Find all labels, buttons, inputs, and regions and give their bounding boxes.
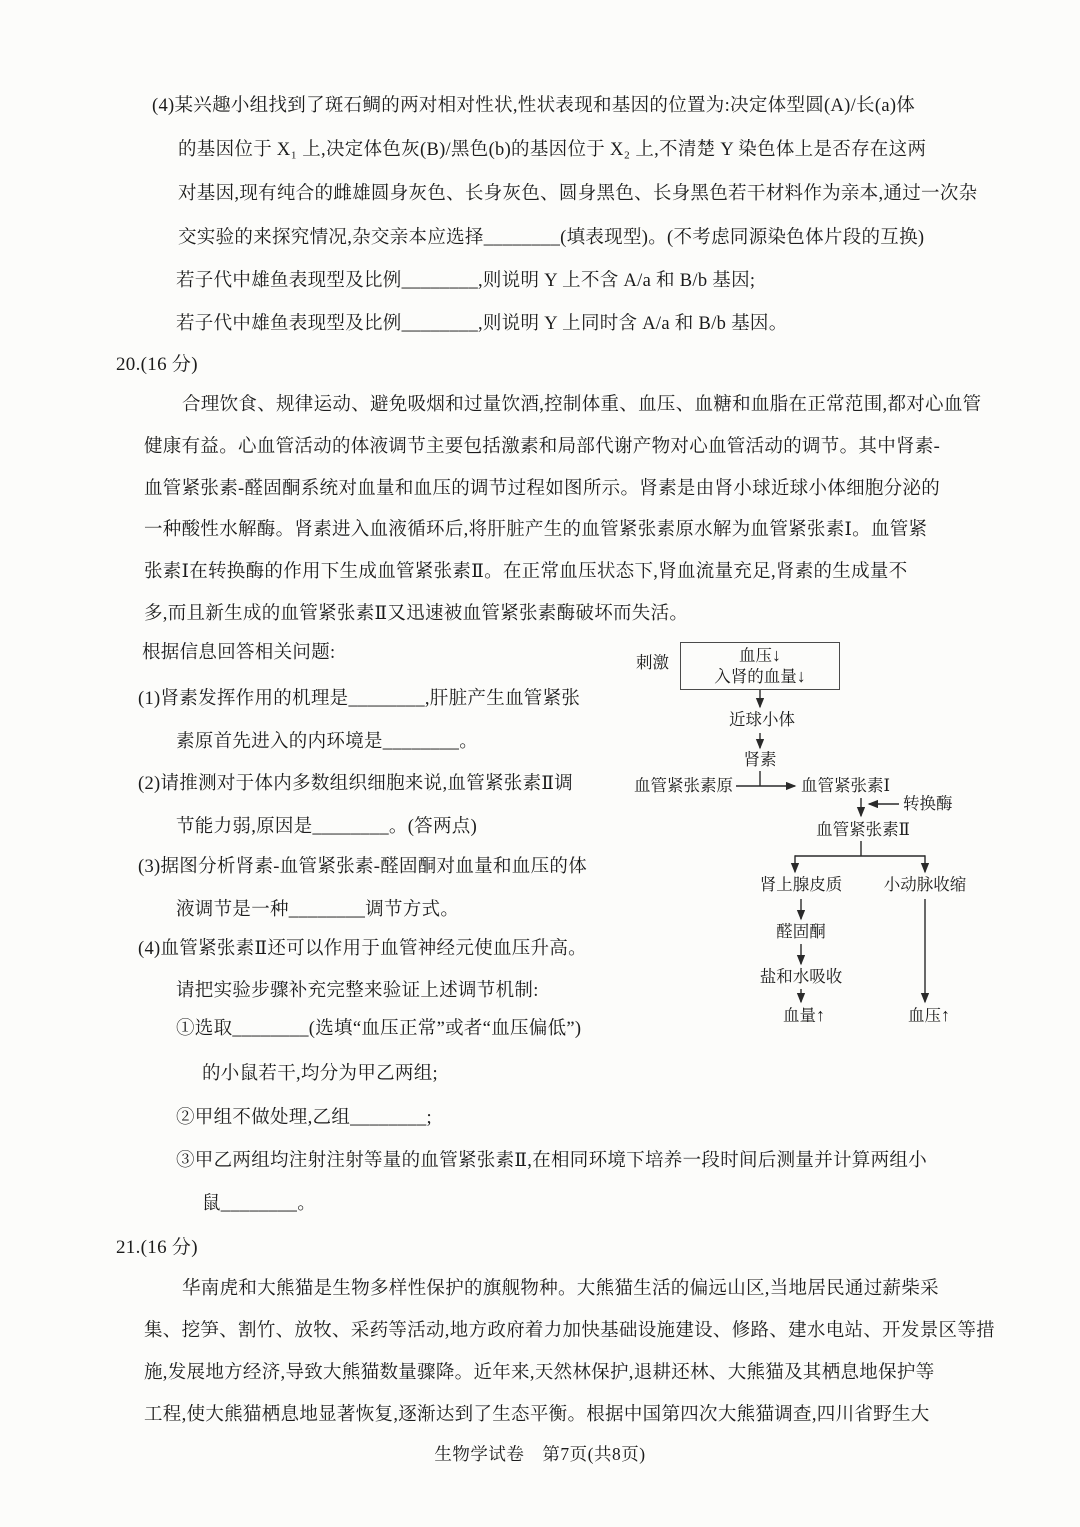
- q21-line: 施,发展地方经济,导致大熊猫数量骤降。近年来,天然林保护,退耕还林、大熊猫及其栖…: [144, 1362, 935, 1385]
- q20-sub2-line: (2)请推测对于体内多数组织细胞来说,血管紧张素Ⅱ调: [138, 773, 573, 796]
- q21-line: 华南虎和大熊猫是生物多样性保护的旗舰物种。大熊猫生活的偏远山区,当地居民通过薪柴…: [182, 1278, 939, 1301]
- diagram-node-salt-water-absorption: 盐和水吸收: [760, 968, 843, 987]
- diagram-node-converting-enzyme: 转换酶: [903, 795, 953, 814]
- diagram-node-angiotensinogen: 血管紧张素原: [634, 777, 733, 796]
- diagram-box-trigger: 血压↓ 入肾的血量↓: [680, 642, 840, 690]
- q19-line: 对基因,现有纯合的雌雄圆身灰色、长身灰色、圆身黑色、长身黑色若干材料作为亲本,通…: [178, 183, 977, 206]
- q20-sub3-line: 液调节是一种________调节方式。: [176, 899, 459, 922]
- q19-line: (4)某兴趣小组找到了斑石鲷的两对相对性状,性状表现和基因的位置为:决定体型圆(…: [152, 95, 915, 118]
- diagram-node-blood-volume-up: 血量↑: [783, 1005, 825, 1026]
- diagram-node-angiotensin-2: 血管紧张素Ⅱ: [816, 821, 910, 840]
- diagram-node-adrenal-cortex: 肾上腺皮质: [760, 876, 843, 895]
- diagram-node-blood-pressure-up: 血压↑: [908, 1005, 950, 1026]
- q19-line-blank: 若子代中雄鱼表现型及比例________,则说明 Y 上同时含 A/a 和 B/…: [176, 313, 788, 336]
- q20-sub4-line: 请把实验步骤补充完整来验证上述调节机制:: [176, 980, 539, 1003]
- diagram-box-line1: 血压↓: [681, 645, 839, 666]
- question-20-number: 20.(16 分): [116, 353, 198, 377]
- diagram-node-renin: 肾素: [744, 751, 777, 770]
- question-21-number: 21.(16 分): [116, 1236, 198, 1260]
- q20-step1-line: 的小鼠若干,均分为甲乙两组;: [202, 1063, 438, 1086]
- q21-line: 集、挖笋、割竹、放牧、采药等活动,地方政府着力加快基础设施建设、修路、建水电站、…: [144, 1320, 995, 1343]
- q20-intro-line: 一种酸性水解酶。肾素进入血液循环后,将肝脏产生的血管紧张素原水解为血管紧张素Ⅰ。…: [144, 519, 927, 542]
- q20-step3-line: 鼠________。: [202, 1193, 316, 1216]
- q20-step3-line: ③甲乙两组均注射注射等量的血管紧张素Ⅱ,在相同环境下培养一段时间后测量并计算两组…: [176, 1150, 927, 1173]
- q20-intro-line: 多,而且新生成的血管紧张素Ⅱ又迅速被血管紧张素酶破坏而失活。: [144, 603, 688, 626]
- q20-intro-line: 血管紧张素-醛固酮系统对血量和血压的调节过程如图所示。肾素是由肾小球近球小体细胞…: [144, 478, 940, 501]
- down-arrow-icon: ↓: [797, 666, 806, 686]
- q20-sub3-line: (3)据图分析肾素-血管紧张素-醛固酮对血量和血压的体: [138, 856, 587, 879]
- q20-step2-line: ②甲组不做处理,乙组________;: [176, 1107, 432, 1130]
- diagram-node-angiotensin-1: 血管紧张素Ⅰ: [801, 777, 890, 796]
- q19-line-blank: 若子代中雄鱼表现型及比例________,则说明 Y 上不含 A/a 和 B/b…: [176, 270, 755, 293]
- down-arrow-icon: ↓: [772, 645, 781, 665]
- q21-line: 工程,使大熊猫栖息地显著恢复,逐渐达到了生态平衡。根据中国第四次大熊猫调查,四川…: [144, 1404, 930, 1427]
- q20-step1-line: ①选取________(选填“血压正常”或者“血压偏低”): [176, 1018, 581, 1041]
- flow-diagram: 刺激 血压↓ 入肾的血量↓ 近球小体 肾素 血管紧张素原 血管紧张素Ⅰ 转换酶 …: [620, 640, 980, 1032]
- diagram-node-arteriole-constriction: 小动脉收缩: [884, 876, 967, 895]
- q20-sub4-line: (4)血管紧张素Ⅱ还可以作用于血管神经元使血压升高。: [138, 938, 587, 961]
- q20-intro-line: 张素Ⅰ在转换酶的作用下生成血管紧张素Ⅱ。在正常血压状态下,肾血流量充足,肾素的生…: [144, 561, 908, 584]
- q20-prompt: 根据信息回答相关问题:: [142, 642, 335, 665]
- q19-line: 的基因位于 X₁ 上,决定体色灰(B)/黑色(b)的基因位于 X₂ 上,不清楚 …: [178, 139, 926, 162]
- diagram-node-aldosterone: 醛固酮: [776, 923, 826, 942]
- q20-sub2-line: 节能力弱,原因是________。(答两点): [176, 816, 477, 839]
- exam-page: (4)某兴趣小组找到了斑石鲷的两对相对性状,性状表现和基因的位置为:决定体型圆(…: [0, 0, 1080, 1527]
- up-arrow-icon: ↑: [941, 1005, 950, 1025]
- q20-sub1-line: 素原首先进入的内环境是________。: [176, 731, 478, 754]
- up-arrow-icon: ↑: [816, 1005, 825, 1025]
- q20-sub1-line: (1)肾素发挥作用的机理是________,肝脏产生血管紧张: [138, 688, 580, 711]
- diagram-node-juxtaglomerular: 近球小体: [729, 711, 795, 730]
- diagram-label-stimulus: 刺激: [636, 654, 669, 673]
- page-footer: 生物学试卷 第7页(共8页): [0, 1441, 1080, 1466]
- q20-intro-line: 健康有益。心血管活动的体液调节主要包括激素和局部代谢产物对心血管活动的调节。其中…: [144, 436, 940, 459]
- q19-line: 交实验的来探究情况,杂交亲本应选择________(填表现型)。(不考虑同源染色…: [178, 227, 924, 250]
- q20-intro-line: 合理饮食、规律运动、避免吸烟和过量饮酒,控制体重、血压、血糖和血脂在正常范围,都…: [182, 394, 981, 417]
- diagram-box-line2: 入肾的血量↓: [681, 666, 839, 687]
